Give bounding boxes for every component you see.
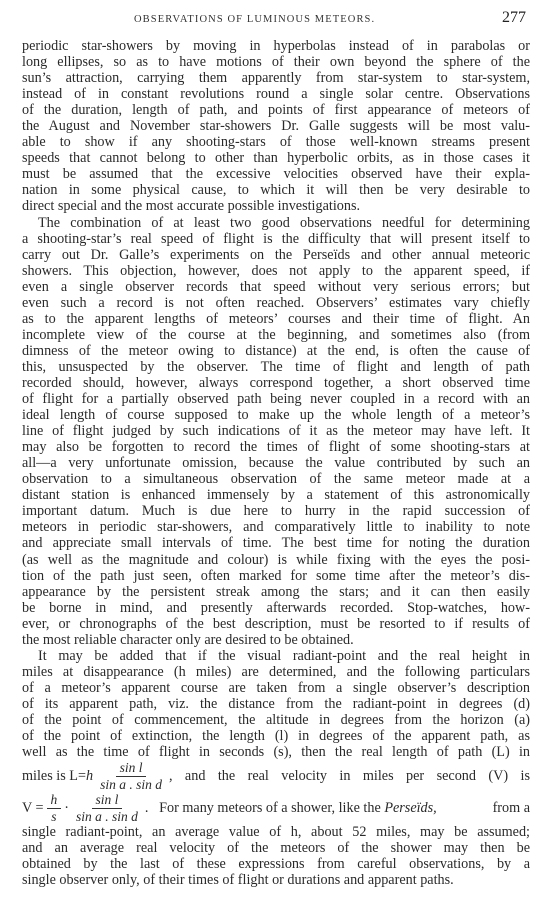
text-line: of the point of extinction, the length (… — [22, 728, 530, 744]
text-line: as to the apparent lengths of meteors’ c… — [22, 311, 530, 327]
text-line: miles at disappearance (h miles) are det… — [22, 664, 530, 680]
text-line: The combination of at least two good obs… — [22, 215, 530, 231]
text-line: showers. This objection, however, does n… — [22, 263, 530, 279]
text-line: speeds that cannot belong to other than … — [22, 150, 530, 166]
formula-length-suffix: , and the real velocity in miles per sec… — [169, 768, 530, 784]
text-line: carry out Dr. Galle’s experiments on the… — [22, 247, 530, 263]
text-line: (as well as the magnitude and colour) is… — [22, 552, 530, 568]
text-line: must be assumed that the excessive veloc… — [22, 166, 530, 182]
text-line: observation to a simultaneous observatio… — [22, 471, 530, 487]
text-line: of its apparent path, viz. the distance … — [22, 696, 530, 712]
text-line: sun’s attraction, carrying them apparent… — [22, 70, 530, 86]
perseids-italic: Perseïds, — [384, 800, 436, 816]
text-line: of a meteor’s apparent course are taken … — [22, 680, 530, 696]
paragraph-2: The combination of at least two good obs… — [22, 215, 530, 648]
running-title: Observations of Luminous Meteors. — [134, 14, 375, 25]
text-line: instead of in constant revolutions round… — [22, 86, 530, 102]
book-page: Observations of Luminous Meteors. 277 pe… — [22, 0, 530, 888]
formula-length-fraction: sin l sin a . sin d — [96, 761, 166, 792]
text-line: direct special and the most accurate pos… — [22, 198, 530, 214]
formula-velocity-suffix-post: from a — [493, 800, 530, 816]
text-line: and an average real velocity of the mete… — [22, 840, 530, 856]
text-line: periodic star-showers by moving in hyper… — [22, 38, 530, 54]
text-line: and appreciate small intervals of time. … — [22, 535, 530, 551]
fraction-denominator: s — [47, 809, 60, 824]
formula-velocity-fraction-2: sin l sin a . sin d — [72, 793, 142, 824]
text-line: ever, or chronographs of the best descri… — [22, 616, 530, 632]
multiplication-dot: · — [64, 800, 69, 816]
text-line: ideal length of course supposed to make … — [22, 407, 530, 423]
text-line: meteors in periodic star-showers, and co… — [22, 519, 530, 535]
text-line: this, unsuspected by the observer. The t… — [22, 359, 530, 375]
formula-length-var: h — [86, 768, 93, 784]
text-line: incomplete view of the course at the beg… — [22, 327, 530, 343]
text-line: appearance by the persistent streak amon… — [22, 584, 530, 600]
fraction-denominator: sin a . sin d — [96, 777, 166, 792]
paragraph-1: periodic star-showers by moving in hyper… — [22, 38, 530, 215]
text-line: of the point of commencement, the altitu… — [22, 712, 530, 728]
text-line: the August and November star-showers Dr.… — [22, 118, 530, 134]
formula-velocity-fraction-1: h s — [47, 793, 62, 824]
text-line: even a single observer records that spee… — [22, 279, 530, 295]
text-line: single observer only, of their times of … — [22, 872, 530, 888]
text-line: able to show if any shooting-stars of th… — [22, 134, 530, 150]
formula-velocity-prefix: V = — [22, 800, 44, 816]
text-line: a shooting-star’s real speed of flight i… — [22, 231, 530, 247]
text-line: nation in some physical cause, to which … — [22, 182, 530, 198]
text-line: all—a very unfortunate omission, because… — [22, 455, 530, 471]
text-line: the most reliable character only are des… — [22, 632, 530, 648]
text-line: tion of the path just seen, often marked… — [22, 568, 530, 584]
text-line: It may be added that if the visual radia… — [22, 648, 530, 664]
formula-length-prefix: miles is L= — [22, 768, 86, 784]
fraction-numerator: h — [47, 793, 62, 809]
text-line: single radiant-point, an average value o… — [22, 824, 530, 840]
text-line: important datum. Much is due here to hur… — [22, 503, 530, 519]
text-line: recorded should, however, always corresp… — [22, 375, 530, 391]
text-line: distant station is enhanced immensely by… — [22, 487, 530, 503]
text-line: long ellipses, so as to have motions of … — [22, 54, 530, 70]
page-number: 277 — [502, 9, 526, 27]
text-line: of the duration, length of path, and poi… — [22, 102, 530, 118]
text-line: even such a record is not often reached.… — [22, 295, 530, 311]
text-line: dimness of the meteor owing to distance)… — [22, 343, 530, 359]
paragraph-3: It may be added that if the visual radia… — [22, 648, 530, 889]
text-line: may also be forgotten to record the time… — [22, 439, 530, 455]
fraction-numerator: sin l — [92, 793, 123, 809]
text-line: of flight for a partially observed path … — [22, 391, 530, 407]
text-line: be borne in mind, and presently afterwar… — [22, 600, 530, 616]
text-line: line of flight judged by such indication… — [22, 423, 530, 439]
formula-velocity-suffix-pre: . For many meteors of a shower, like the — [145, 800, 384, 816]
text-line: well as the time of flight in seconds (s… — [22, 744, 530, 760]
fraction-denominator: sin a . sin d — [72, 809, 142, 824]
formula-length: miles is L= h sin l sin a . sin d , and … — [22, 760, 530, 792]
text-line: obtained by the last of these expression… — [22, 856, 530, 872]
fraction-numerator: sin l — [116, 761, 147, 777]
running-head: Observations of Luminous Meteors. 277 — [22, 0, 530, 38]
formula-velocity: V = h s · sin l sin a . sin d . For many… — [22, 792, 530, 824]
body-text: periodic star-showers by moving in hyper… — [22, 38, 530, 888]
